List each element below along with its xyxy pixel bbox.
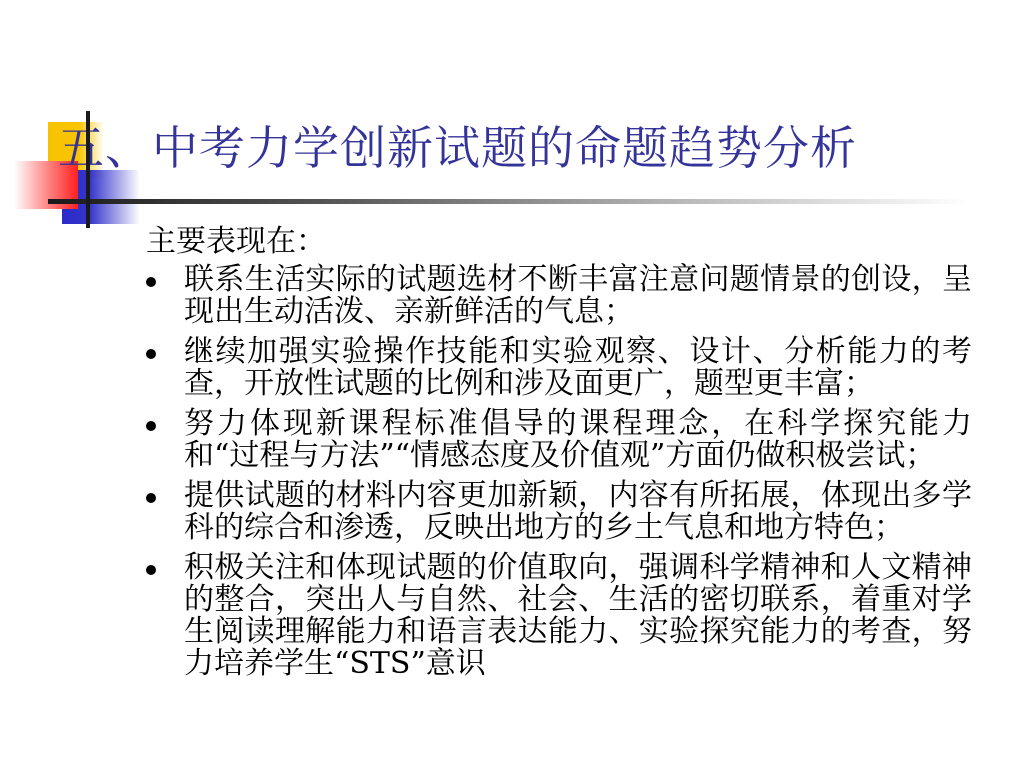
bullet-icon <box>146 277 156 287</box>
bullet-item: 联系生活实际的试题选材不断丰富注意问题情景的创设，呈现出生动活泼、亲新鲜活的气息… <box>146 264 972 328</box>
bullet-item: 努力体现新课程标准倡导的课程理念，在科学探究能力和“过程与方法”“情感态度及价值… <box>146 408 972 472</box>
bullet-icon <box>146 349 156 359</box>
lead-text: 主要表现在： <box>146 226 972 258</box>
bullet-icon <box>146 421 156 431</box>
bullet-list: 联系生活实际的试题选材不断丰富注意问题情景的创设，呈现出生动活泼、亲新鲜活的气息… <box>146 264 972 680</box>
bullet-item: 积极关注和体现试题的价值取向，强调科学精神和人文精神的整合，突出人与自然、社会、… <box>146 552 972 680</box>
bullet-icon <box>146 565 156 575</box>
slide-body: 主要表现在： 联系生活实际的试题选材不断丰富注意问题情景的创设，呈现出生动活泼、… <box>146 226 972 688</box>
bullet-icon <box>146 493 156 503</box>
bullet-item: 继续加强实验操作技能和实验观察、设计、分析能力的考查，开放性试题的比例和涉及面更… <box>146 336 972 400</box>
decor-vertical-line <box>86 111 90 228</box>
slide-title: 五、中考力学创新试题的命题趋势分析 <box>58 112 857 178</box>
title-underline <box>48 199 968 204</box>
bullet-item: 提供试题的材料内容更加新颖，内容有所拓展，体现出多学科的综合和渗透，反映出地方的… <box>146 480 972 544</box>
